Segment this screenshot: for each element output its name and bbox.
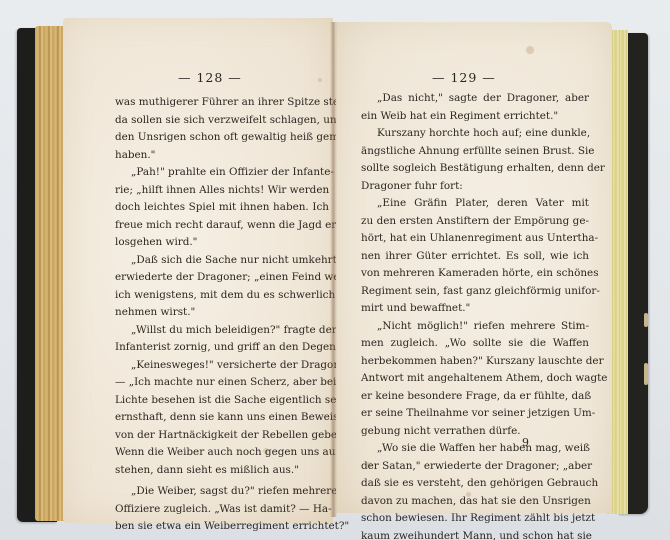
left-page: — 128 — was muthigerer Führer an ihrer S… [63, 18, 333, 523]
text-line: rie; „hilft ihnen Alles nichts! Wir werd… [115, 182, 329, 200]
text-line: zu den ersten Anstiftern der Empörung ge… [361, 213, 589, 231]
text-line: Regiment sein, fast ganz gleichförmig un… [361, 283, 589, 301]
text-line: „Eine Gräfin Plater, deren Vater mit [361, 195, 589, 213]
left-page-body: was muthigerer Führer an ihrer Spitze st… [115, 94, 329, 536]
text-line: stehen, dann sieht es mißlich aus." [115, 462, 329, 480]
text-line: hört, hat ein Uhlanenregiment aus Untert… [361, 230, 589, 248]
text-line: freue mich recht darauf, wenn die Jagd e… [115, 217, 329, 235]
text-line: sollte sogleich Bestätigung erhalten, de… [361, 160, 589, 178]
text-line: „Nicht möglich!" riefen mehrere Stim- [361, 318, 589, 336]
book-photo: — 128 — was muthigerer Führer an ihrer S… [0, 0, 670, 540]
text-line: er seine Theilnahme vor seiner jetzigen … [361, 405, 589, 423]
text-line: von mehreren Kameraden hörte, ein schöne… [361, 265, 589, 283]
text-line: den Unsrigen schon oft gewaltig heiß gem… [115, 129, 329, 147]
text-line: kaum zweihundert Mann, und schon hat sie [361, 528, 589, 540]
text-line: Lichte besehen ist die Sache eigentlich … [115, 392, 329, 410]
text-line: Infanterist zornig, und griff an den Deg… [115, 339, 329, 357]
text-line: ernsthaft, denn sie kann uns einen Bewei… [115, 409, 329, 427]
text-line: „Keinesweges!" versicherte der Dragoner. [115, 357, 329, 375]
text-line: „Daß sich die Sache nur nicht umkehrt," [115, 252, 329, 270]
text-line: men zugleich. „Wo sollte sie die Waffen [361, 335, 589, 353]
text-line: ich wenigstens, mit dem du es schwerlich… [115, 287, 329, 305]
text-line: „Das nicht," sagte der Dragoner, aber [361, 90, 589, 108]
text-line: der Satan," erwiederte der Dragoner; „ab… [361, 458, 589, 476]
text-line: was muthigerer Führer an ihrer Spitze st… [115, 94, 329, 112]
text-line: er keine besondere Frage, da er fühlte, … [361, 388, 589, 406]
text-line: nen ihrer Güter errichtet. Es soll, wie … [361, 248, 589, 266]
text-line: ein Weib hat ein Regiment errichtet." [361, 108, 589, 126]
text-line: nehmen wirst." [115, 304, 329, 322]
text-line: haben." [115, 147, 329, 165]
text-line: gebung nicht verrathen dürfe. [361, 423, 589, 441]
text-line: losgehen wird." [115, 234, 329, 252]
text-line: Offiziere zugleich. „Was ist damit? — Ha… [115, 501, 329, 519]
page-number-left: — 128 — [178, 70, 242, 85]
signature-mark: 9 [522, 436, 529, 449]
text-line: doch leichtes Spiel mit ihnen haben. Ich [115, 199, 329, 217]
right-page: — 129 — „Das nicht," sagte der Dragoner,… [336, 22, 612, 513]
text-line: „Pah!" prahlte ein Offizier der Infante- [115, 164, 329, 182]
text-line: „Die Weiber, sagst du?" riefen mehrere [115, 483, 329, 501]
text-line: davon zu machen, das hat sie den Unsrige… [361, 493, 589, 511]
text-line: Antwort mit angehaltenem Athem, doch wag… [361, 370, 589, 388]
text-line: — „Ich machte nur einen Scherz, aber bei [115, 374, 329, 392]
text-line: herbekommen haben?" Kurszany lauschte de… [361, 353, 589, 371]
text-line: „Willst du mich beleidigen?" fragte der [115, 322, 329, 340]
text-line: schon bewiesen. Ihr Regiment zählt bis j… [361, 510, 589, 528]
text-line: da sollen sie sich verzweifelt schlagen,… [115, 112, 329, 130]
text-line: mirt und bewaffnet." [361, 300, 589, 318]
text-line: daß sie es versteht, den gehörigen Gebra… [361, 475, 589, 493]
text-line: „Wo sie die Waffen her haben mag, weiß [361, 440, 589, 458]
book-gutter [330, 22, 337, 517]
text-line: erwiederte der Dragoner; „einen Feind we… [115, 269, 329, 287]
text-line: ben sie etwa ein Weiberregiment errichte… [115, 518, 329, 536]
text-line: Wenn die Weiber auch noch gegen uns auf- [115, 444, 329, 462]
text-line: Kurszany horchte hoch auf; eine dunkle, [361, 125, 589, 143]
right-page-body: „Das nicht," sagte der Dragoner, aber ei… [361, 90, 589, 540]
text-line: Dragoner fuhr fort: [361, 178, 589, 196]
text-line: ängstliche Ahnung erfüllte seinen Brust.… [361, 143, 589, 161]
page-number-right: — 129 — [432, 70, 496, 85]
text-line: von der Hartnäckigkeit der Rebellen gebe… [115, 427, 329, 445]
